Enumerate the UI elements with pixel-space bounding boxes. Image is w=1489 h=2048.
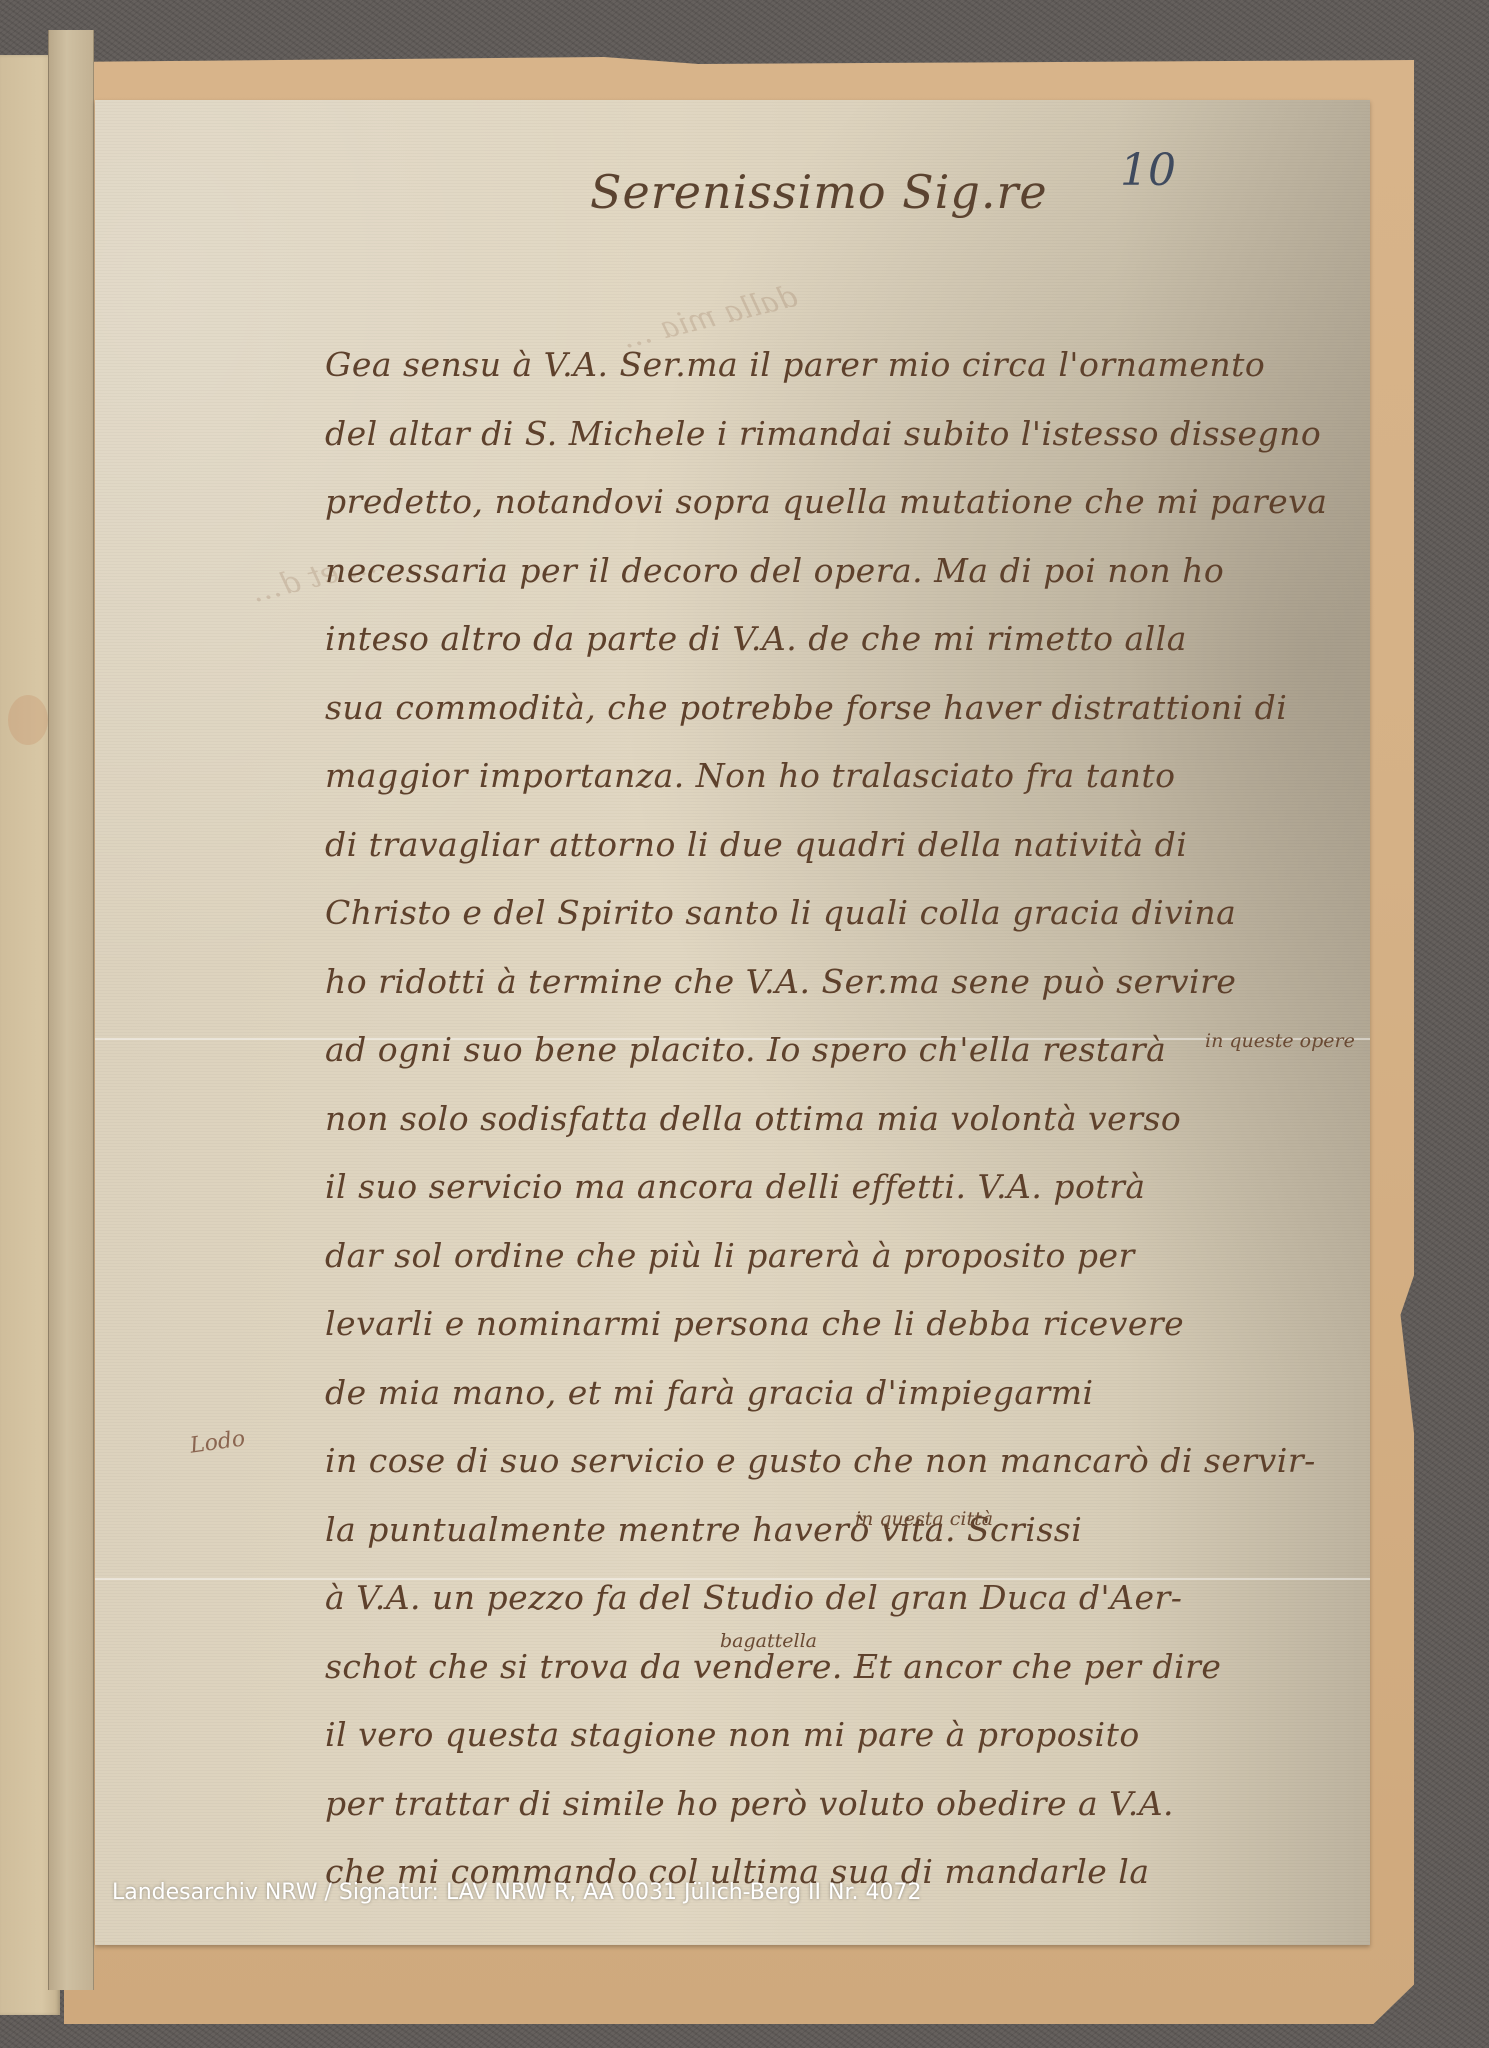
letter-line: schot che si trova da vendere. Et ancor … xyxy=(325,1647,1365,1716)
archive-signature-caption: Landesarchiv NRW / Signatur: LAV NRW R, … xyxy=(112,1880,921,1905)
interlinear-insertion: bagattella xyxy=(720,1630,817,1652)
letter-line: levarli e nominarmi persona che li debba… xyxy=(325,1304,1365,1373)
salutation-heading: Serenissimo Sig.re xyxy=(590,165,1048,219)
letter-line: maggior importanza. Non ho tralasciato f… xyxy=(325,756,1365,825)
letter-line: predetto, notandovi sopra quella mutatio… xyxy=(325,482,1365,551)
letter-line: per trattar di simile ho però voluto obe… xyxy=(325,1784,1365,1853)
letter-line: de mia mano, et mi farà gracia d'impiega… xyxy=(325,1373,1365,1442)
letter-line: del altar di S. Michele i rimandai subit… xyxy=(325,414,1365,483)
letter-line: la puntualmente mentre haverò vita. Scri… xyxy=(325,1510,1365,1579)
letter-line: Christo e del Spirito santo li quali col… xyxy=(325,893,1365,962)
letter-line: il suo servicio ma ancora delli effetti.… xyxy=(325,1167,1365,1236)
letter-line: non solo sodisfatta della ottima mia vol… xyxy=(325,1099,1365,1168)
folio-number: 10 xyxy=(1120,145,1176,196)
letter-line: sua commodità, che potrebbe forse haver … xyxy=(325,688,1365,757)
interlinear-insertion: in questa città xyxy=(855,1508,993,1530)
letter-body: Gea sensu à V.A. Ser.ma il parer mio cir… xyxy=(325,345,1365,1921)
letter-line: ho ridotti à termine che V.A. Ser.ma sen… xyxy=(325,962,1365,1031)
letter-line: in cose di suo servicio e gusto che non … xyxy=(325,1441,1365,1510)
interlinear-insertion: in queste opere xyxy=(1205,1030,1355,1052)
binding-spine xyxy=(48,30,94,1990)
letter-line: inteso altro da parte di V.A. de che mi … xyxy=(325,619,1365,688)
letter-line: di travagliar attorno li due quadri dell… xyxy=(325,825,1365,894)
letter-line: il vero questa stagione non mi pare à pr… xyxy=(325,1715,1365,1784)
letter-line: à V.A. un pezzo fa del Studio del gran D… xyxy=(325,1578,1365,1647)
letter-line: Gea sensu à V.A. Ser.ma il parer mio cir… xyxy=(325,345,1365,414)
letter-line: dar sol ordine che più li parerà à propo… xyxy=(325,1236,1365,1305)
letter-line: necessaria per il decoro del opera. Ma d… xyxy=(325,551,1365,620)
